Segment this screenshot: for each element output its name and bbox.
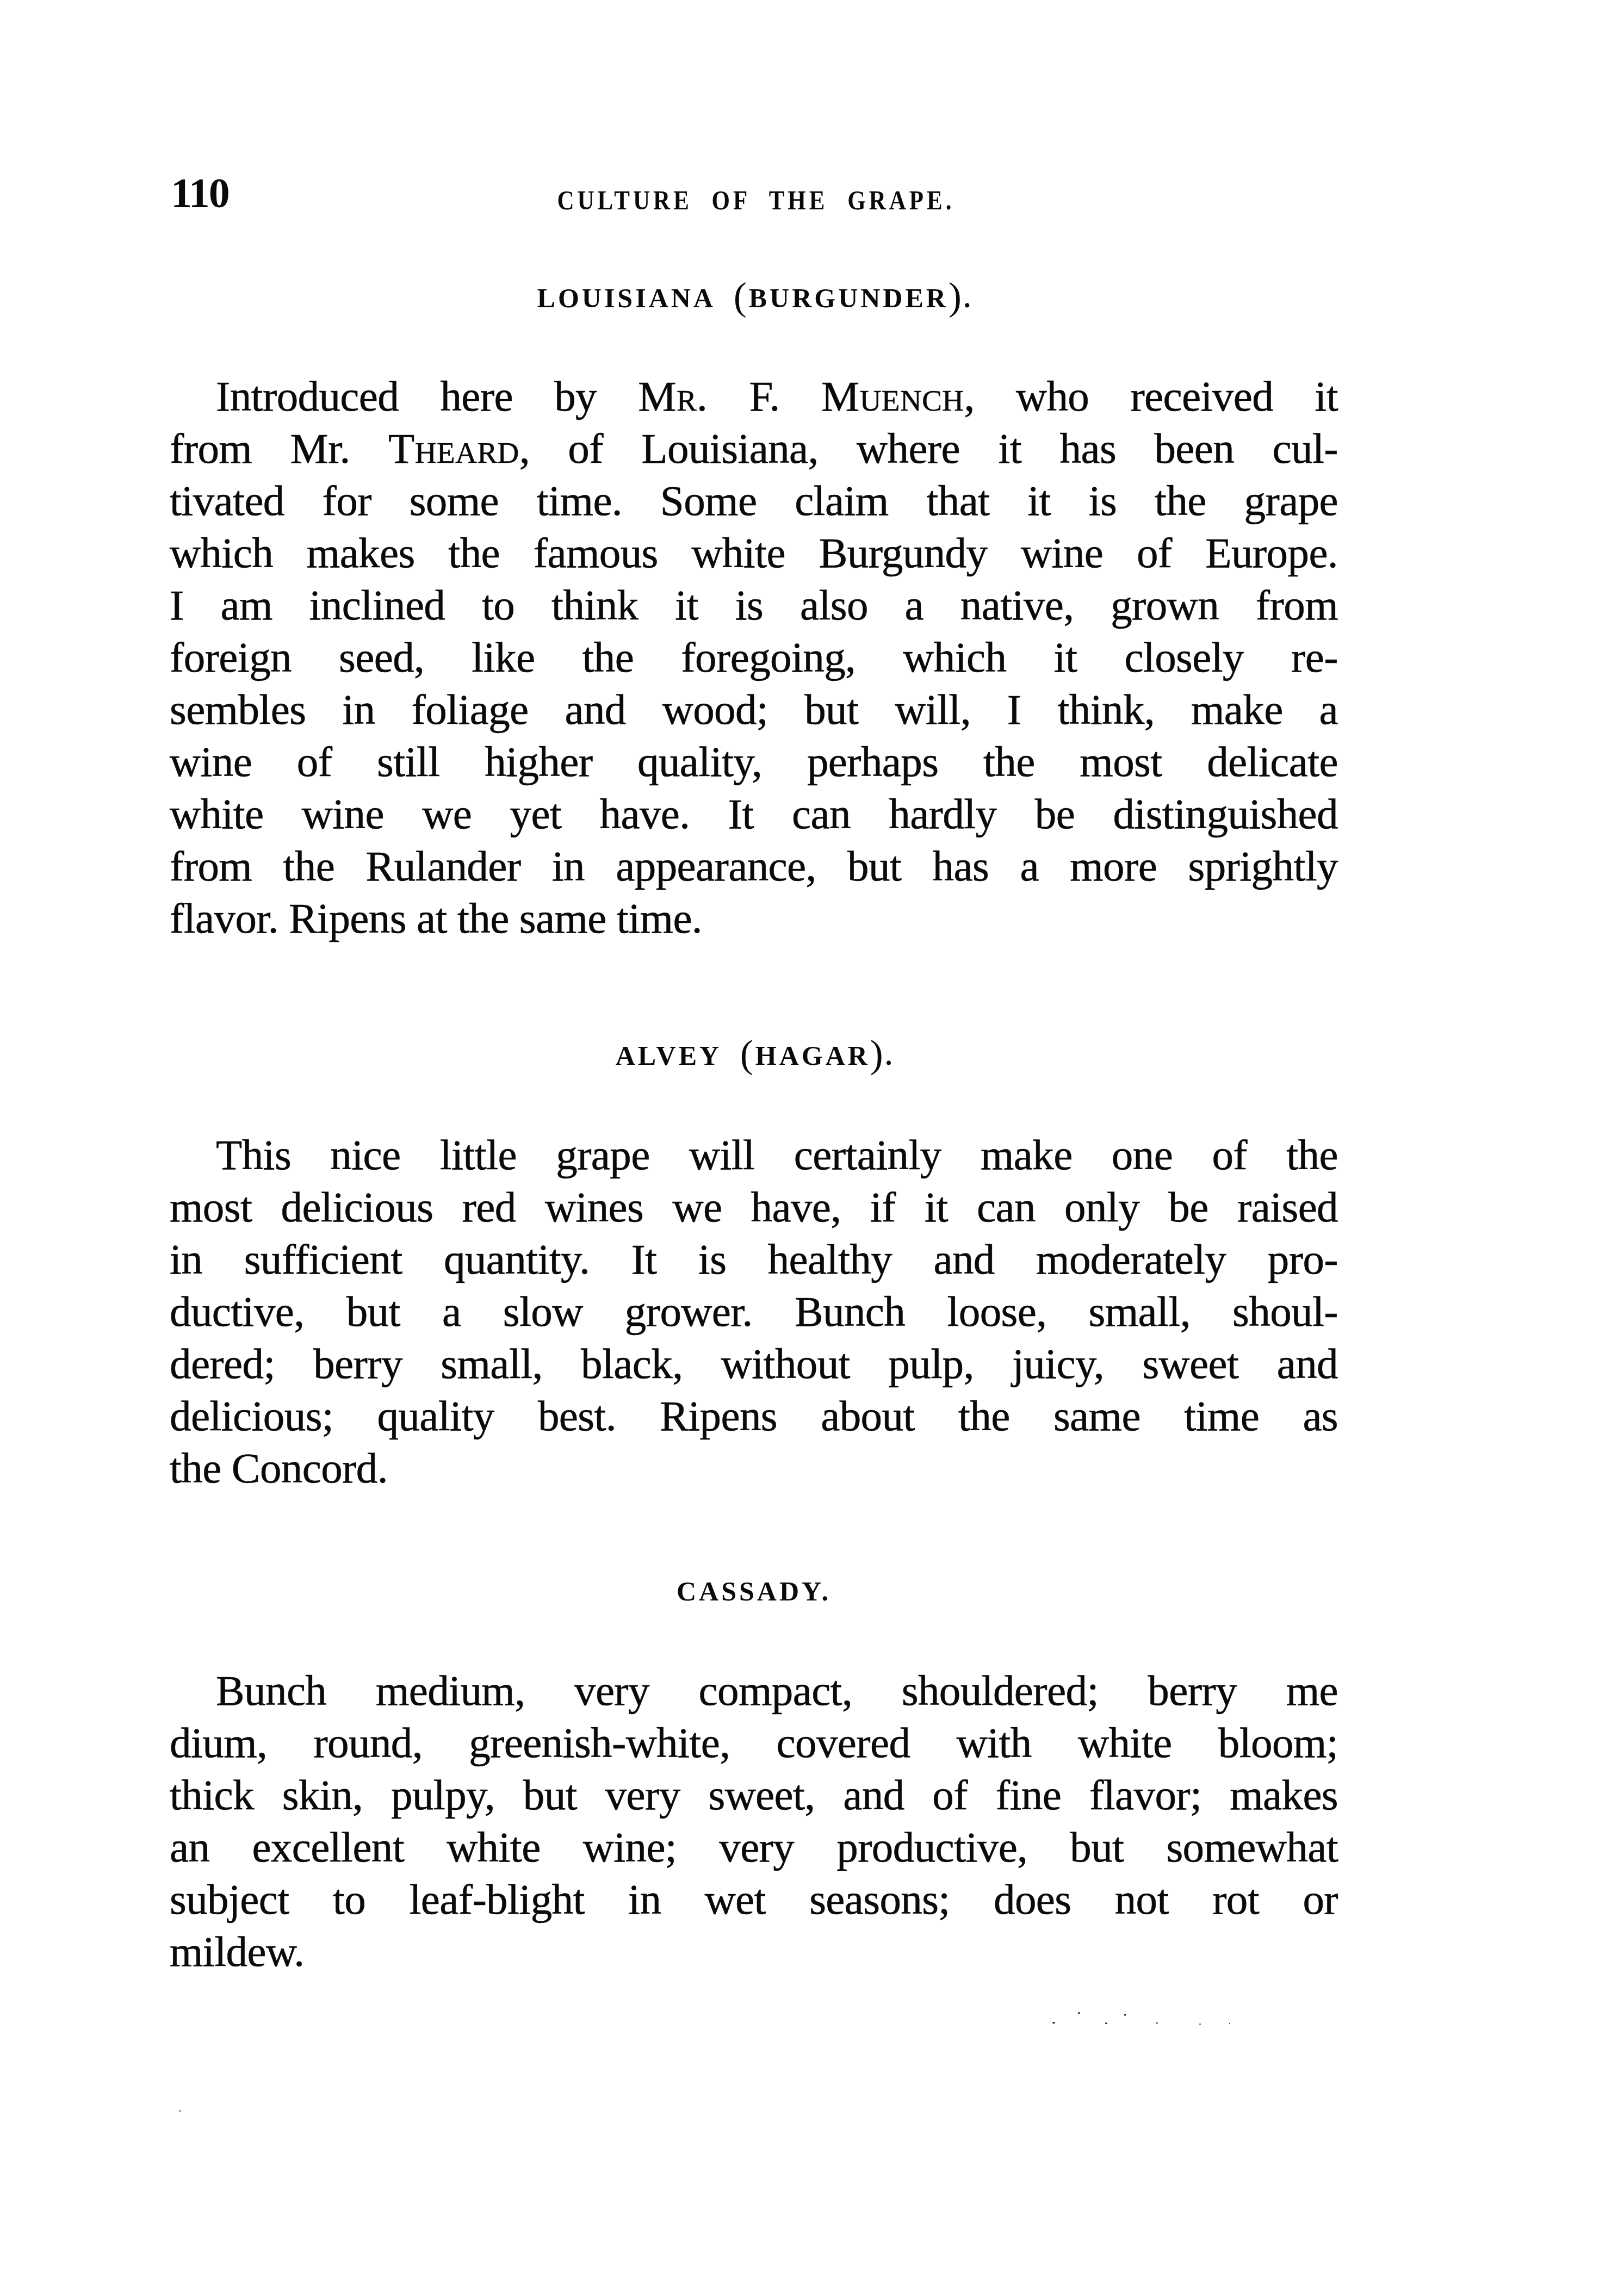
heading-open-paren: ( bbox=[740, 1032, 755, 1076]
small-caps-name: Mr. bbox=[638, 373, 708, 420]
heading-period: . bbox=[885, 1040, 892, 1071]
text-line: sembles in foliage and wood; but will, I… bbox=[170, 684, 1338, 736]
text-run: subject to leaf-blight in wet seasons; d… bbox=[170, 1876, 1338, 1923]
text-run: F. bbox=[708, 373, 821, 420]
scan-speck bbox=[179, 2110, 181, 2112]
text-line: in sufficient quantity. It is healthy an… bbox=[170, 1234, 1338, 1286]
heading-alias: BURGUNDER bbox=[749, 283, 949, 313]
text-run: from the Rulander in appearance, but has… bbox=[170, 843, 1338, 890]
heading-variety-name: CASSADY. bbox=[677, 1576, 831, 1606]
text-line: dered; berry small, black, without pulp,… bbox=[170, 1338, 1338, 1391]
text-run: an excellent white wine; very productive… bbox=[170, 1824, 1338, 1871]
scan-speck bbox=[1078, 2012, 1080, 2014]
scan-speck bbox=[1156, 2022, 1158, 2024]
text-run: ductive, but a slow grower. Bunch loose,… bbox=[170, 1288, 1338, 1336]
text-line: This nice little grape will certainly ma… bbox=[170, 1130, 1338, 1182]
text-run: foreign seed, like the foregoing, which … bbox=[170, 634, 1338, 681]
text-line: I am inclined to think it is also a nati… bbox=[170, 580, 1338, 632]
text-run: white wine we yet have. It can hardly be… bbox=[170, 791, 1338, 838]
text-line: the Concord. bbox=[170, 1443, 1338, 1495]
text-run: thick skin, pulpy, but very sweet, and o… bbox=[170, 1772, 1338, 1819]
text-run: Bunch medium, very compact, shouldered; … bbox=[216, 1667, 1338, 1715]
heading-open-paren: ( bbox=[734, 275, 749, 318]
text-line: which makes the famous white Burgundy wi… bbox=[170, 528, 1338, 580]
text-run: sembles in foliage and wood; but will, I… bbox=[170, 686, 1338, 734]
scan-speck bbox=[1052, 2022, 1055, 2024]
text-run: dium, round, greenish-white, covered wit… bbox=[170, 1720, 1338, 1767]
heading-alias: HAGAR bbox=[755, 1040, 870, 1071]
text-line: foreign seed, like the foregoing, which … bbox=[170, 632, 1338, 684]
text-run: dered; berry small, black, without pulp,… bbox=[170, 1341, 1338, 1388]
text-line: wine of still higher quality, perhaps th… bbox=[170, 736, 1338, 789]
text-line: from Mr. Theard, of Louisiana, where it … bbox=[170, 423, 1338, 475]
scan-speck bbox=[1229, 2023, 1230, 2024]
section-heading-alvey: ALVEY (HAGAR). bbox=[170, 1038, 1338, 1070]
scan-speck bbox=[1199, 2024, 1201, 2025]
text-line: Introduced here by Mr. F. Muench, who re… bbox=[170, 371, 1338, 423]
text-run: wine of still higher quality, perhaps th… bbox=[170, 739, 1338, 786]
paragraph-cassady: Bunch medium, very compact, shouldered; … bbox=[170, 1665, 1338, 1978]
text-run: most delicious red wines we have, if it … bbox=[170, 1184, 1338, 1231]
text-run: from Mr. bbox=[170, 425, 388, 473]
text-run: I am inclined to think it is also a nati… bbox=[170, 582, 1338, 629]
scan-speck bbox=[1105, 2022, 1107, 2024]
text-line: white wine we yet have. It can hardly be… bbox=[170, 789, 1338, 841]
paragraph-louisiana: Introduced here by Mr. F. Muench, who re… bbox=[170, 371, 1338, 945]
text-run: delicious; quality best. Ripens about th… bbox=[170, 1393, 1338, 1440]
text-line: from the Rulander in appearance, but has… bbox=[170, 841, 1338, 893]
text-line: tivated for some time. Some claim that i… bbox=[170, 475, 1338, 528]
section-heading-louisiana: LOUISIANA (BURGUNDER). bbox=[170, 280, 1338, 313]
text-run: mildew. bbox=[170, 1928, 304, 1976]
text-run: , who received it bbox=[964, 373, 1338, 420]
small-caps-name: Muench bbox=[821, 373, 964, 420]
text-run: tivated for some time. Some claim that i… bbox=[170, 477, 1338, 525]
text-line: dium, round, greenish-white, covered wit… bbox=[170, 1717, 1338, 1770]
scan-speck bbox=[1124, 2014, 1126, 2016]
text-line: flavor. Ripens at the same time. bbox=[170, 893, 1338, 945]
text-line: ductive, but a slow grower. Bunch loose,… bbox=[170, 1286, 1338, 1338]
text-line: delicious; quality best. Ripens about th… bbox=[170, 1391, 1338, 1443]
text-run: in sufficient quantity. It is healthy an… bbox=[170, 1236, 1338, 1283]
text-run: , of Louisiana, where it has been cul- bbox=[519, 425, 1338, 473]
book-page: 110 CULTURE OF THE GRAPE. LOUISIANA (BUR… bbox=[0, 0, 1624, 2271]
text-run: the Concord. bbox=[170, 1445, 388, 1492]
section-heading-cassady: CASSADY. bbox=[170, 1575, 1338, 1608]
text-run: which makes the famous white Burgundy wi… bbox=[170, 530, 1338, 577]
heading-variety-name: ALVEY bbox=[616, 1040, 721, 1071]
heading-period: . bbox=[964, 283, 971, 313]
heading-close-paren: ) bbox=[949, 275, 964, 318]
text-line: most delicious red wines we have, if it … bbox=[170, 1182, 1338, 1234]
text-line: mildew. bbox=[170, 1926, 1338, 1978]
text-line: subject to leaf-blight in wet seasons; d… bbox=[170, 1874, 1338, 1926]
text-run: This nice little grape will certainly ma… bbox=[216, 1132, 1338, 1179]
heading-variety-name: LOUISIANA bbox=[537, 283, 715, 313]
text-line: an excellent white wine; very productive… bbox=[170, 1822, 1338, 1874]
text-run: Introduced here by bbox=[216, 373, 638, 420]
heading-close-paren: ) bbox=[870, 1032, 885, 1076]
text-run: flavor. Ripens at the same time. bbox=[170, 895, 702, 942]
small-caps-name: Theard bbox=[388, 425, 519, 473]
paragraph-alvey: This nice little grape will certainly ma… bbox=[170, 1130, 1338, 1495]
running-head: CULTURE OF THE GRAPE. bbox=[555, 184, 957, 216]
text-line: Bunch medium, very compact, shouldered; … bbox=[170, 1665, 1338, 1717]
text-line: thick skin, pulpy, but very sweet, and o… bbox=[170, 1770, 1338, 1822]
page-number: 110 bbox=[171, 169, 229, 218]
